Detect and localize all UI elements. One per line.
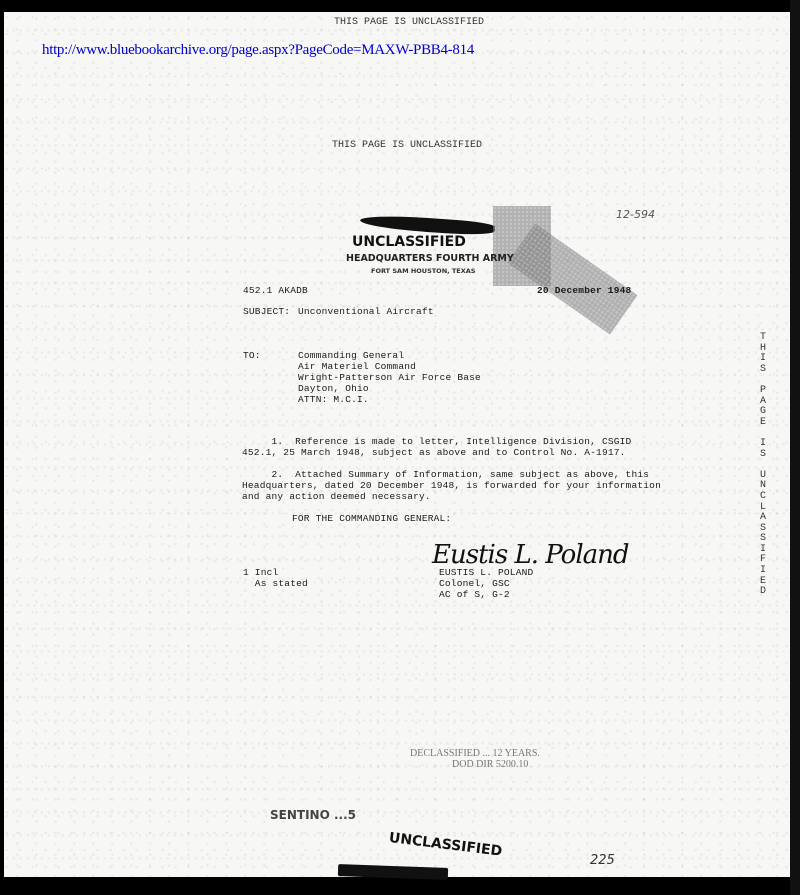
subject-value: Unconventional Aircraft xyxy=(298,306,434,317)
paragraph-2-line-3: and any action deemed necessary. xyxy=(242,491,431,502)
letter-date: 20 December 1948 xyxy=(537,285,631,296)
to-line: Air Materiel Command xyxy=(298,361,416,372)
paragraph-1-line-1: 1. Reference is made to letter, Intellig… xyxy=(242,436,631,447)
letterhead-location: FORT SAM HOUSTON, TEXAS xyxy=(371,267,475,275)
vertical-banner-text: THIS PAGE IS UNCLASSIFIED xyxy=(757,333,769,598)
handwritten-signature: Eustis L. Poland xyxy=(432,540,629,570)
second-classification-banner: THIS PAGE IS UNCLASSIFIED xyxy=(332,140,482,151)
letterhead-org: HEADQUARTERS FOURTH ARMY xyxy=(346,253,514,264)
declassification-line-1: DECLASSIFIED ... 12 YEARS. xyxy=(410,748,540,759)
subject-label: SUBJECT: xyxy=(243,306,290,317)
paragraph-2-line-1: 2. Attached Summary of Information, same… xyxy=(242,469,649,480)
to-label: TO: xyxy=(243,350,261,361)
declassification-line-2: DOD DIR 5200.10 xyxy=(452,759,528,770)
file-reference: 452.1 AKADB xyxy=(243,285,308,296)
vertical-classification-banner: THIS PAGE IS UNCLASSIFIED xyxy=(757,333,769,598)
signatory-rank: Colonel, GSC xyxy=(439,578,510,589)
to-line: Dayton, Ohio xyxy=(298,383,369,394)
to-line: Wright-Patterson Air Force Base xyxy=(298,372,481,383)
top-classification-banner: THIS PAGE IS UNCLASSIFIED xyxy=(334,17,484,28)
signatory-title: AC of S, G-2 xyxy=(439,589,510,600)
bottom-redaction-mark xyxy=(338,864,448,880)
handwritten-reference: 12-594 xyxy=(616,208,655,221)
archive-url-link[interactable]: http://www.bluebookarchive.org/page.aspx… xyxy=(42,42,474,59)
sentinel-stamp: SENTINO ...5 xyxy=(270,808,356,822)
scan-edge xyxy=(790,0,800,895)
enclosure-count: 1 Incl xyxy=(243,567,278,578)
to-line: ATTN: M.C.I. xyxy=(298,394,369,405)
to-line: Commanding General xyxy=(298,350,404,361)
signatory-name: EUSTIS L. POLAND xyxy=(439,567,533,578)
page-number: 225 xyxy=(590,853,615,868)
enclosure-description: As stated xyxy=(243,578,308,589)
paragraph-1-line-2: 452.1, 25 March 1948, subject as above a… xyxy=(242,447,626,458)
unclassified-stamp-top: UNCLASSIFIED xyxy=(352,234,466,250)
closing-line: FOR THE COMMANDING GENERAL: xyxy=(292,513,451,524)
paragraph-2-line-2: Headquarters, dated 20 December 1948, is… xyxy=(242,480,661,491)
